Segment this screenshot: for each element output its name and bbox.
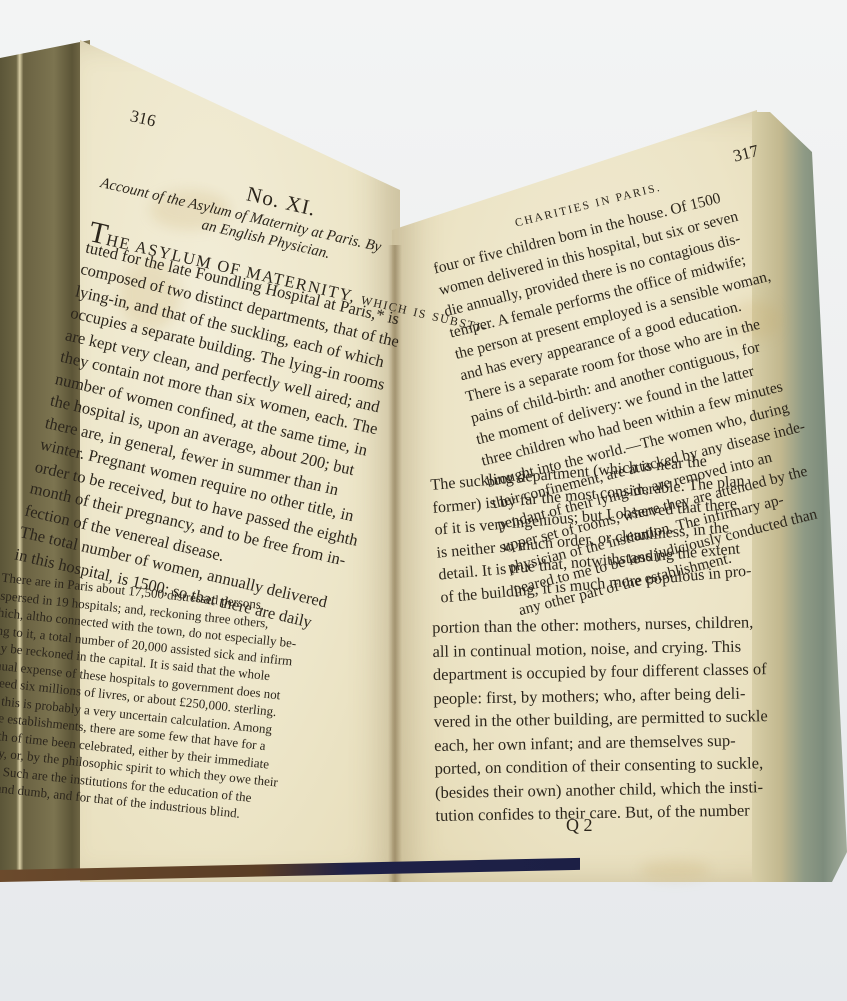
right-page-text-lower: portion than the other: mothers, nurses,… (432, 614, 771, 831)
foxing-stain (640, 860, 710, 880)
right-page-text-middle: The suckling department (which is near t… (430, 449, 771, 612)
signature-mark: Q 2 (566, 815, 593, 836)
book-photo-scene: 316 No. XI. Account of the Asylum of Mat… (0, 0, 847, 1001)
footnote: * There are in Paris about 17,500 distre… (0, 570, 301, 829)
